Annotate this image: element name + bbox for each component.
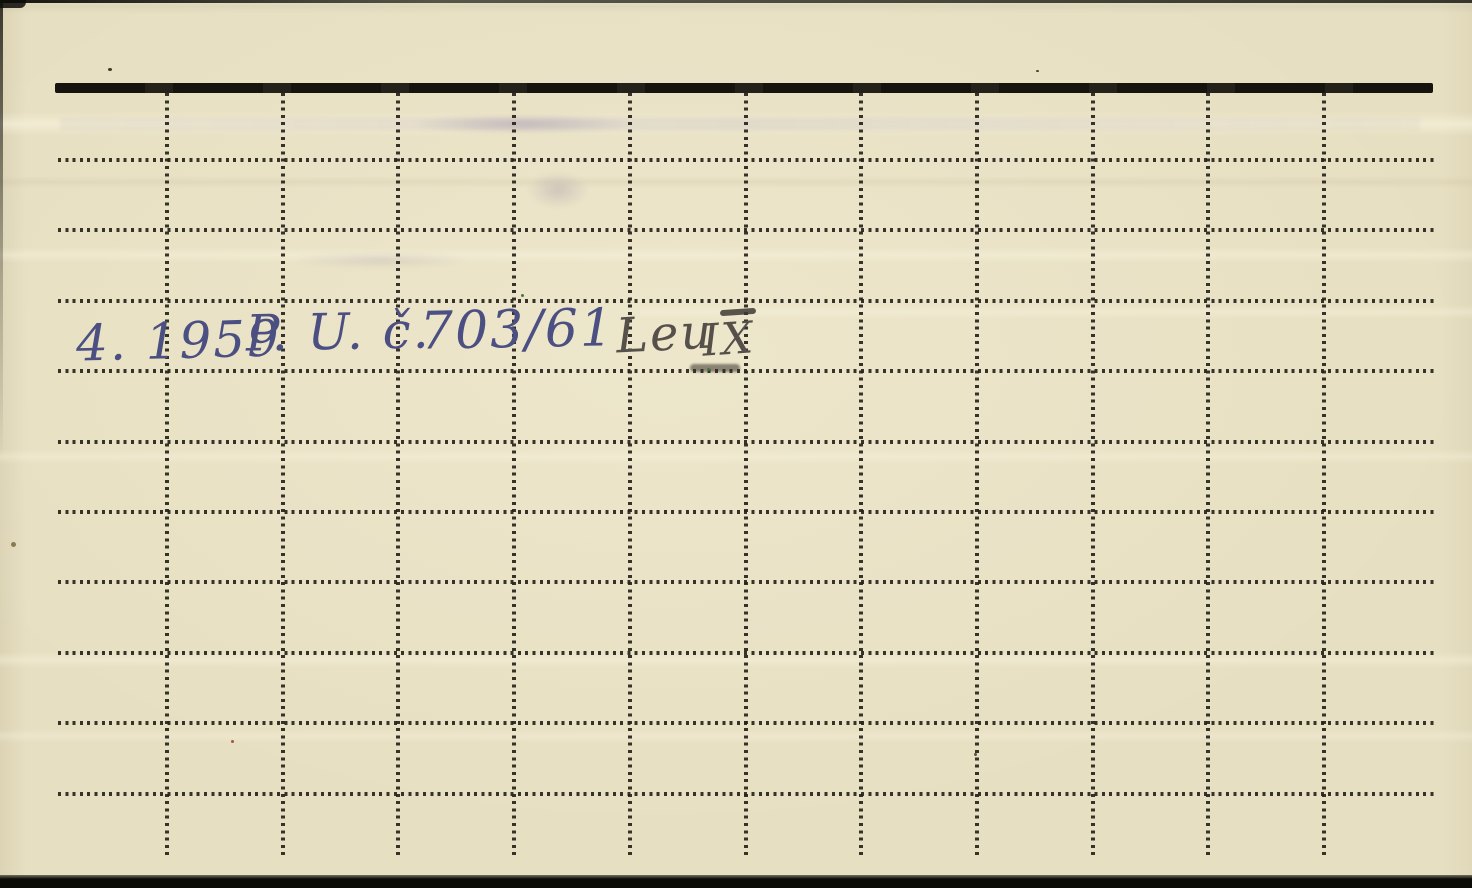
grid-vertical-line — [628, 93, 632, 858]
paper-speck — [108, 68, 112, 71]
grid-vertical-line — [1091, 93, 1095, 858]
top-rule-line — [55, 83, 1433, 93]
grid-vertical-line — [1206, 93, 1210, 858]
ink-bleed-ghost — [296, 252, 466, 268]
roman-numeral-overline — [720, 308, 756, 316]
grid-horizontal-line — [58, 510, 1437, 514]
grid-horizontal-line — [58, 792, 1437, 796]
paper-speck — [1036, 70, 1039, 72]
grid-horizontal-line — [58, 158, 1437, 162]
handwritten-abbreviation: P. U. č. — [246, 301, 432, 362]
paper-speck — [521, 294, 524, 297]
paper-speck — [11, 542, 16, 547]
paper-speck — [707, 368, 710, 371]
scan-streak — [640, 305, 1472, 319]
ink-bleed-ghost — [415, 115, 630, 133]
grid-horizontal-line — [58, 580, 1437, 584]
scan-streak — [0, 247, 1472, 263]
grid-vertical-line — [281, 93, 285, 858]
ink-bleed-ghost — [528, 172, 588, 208]
grid-vertical-line — [744, 93, 748, 858]
scan-streak — [0, 176, 1472, 188]
grid-horizontal-line — [58, 228, 1437, 232]
scan-corner-top-left — [0, 0, 26, 8]
grid-horizontal-line — [58, 651, 1437, 655]
scan-edge-top — [0, 0, 1472, 3]
grid-vertical-line — [396, 93, 400, 858]
handwritten-entry: 4. 1959 P. U. č. 703/61 Leu IX — [0, 0, 1472, 888]
grid-vertical-line — [1322, 93, 1326, 858]
paper-speck — [974, 753, 977, 756]
scan-edge-bottom — [0, 875, 1472, 888]
scan-streak — [0, 449, 1472, 464]
handwritten-file-number: 703/61 — [419, 298, 615, 361]
paper-speck — [231, 740, 234, 743]
grid-vertical-line — [859, 93, 863, 858]
index-card: 4. 1959 P. U. č. 703/61 Leu IX — [0, 0, 1472, 888]
handwritten-roman-numeral: IX — [700, 312, 756, 367]
grid-vertical-line — [975, 93, 979, 858]
grid-vertical-line — [165, 93, 169, 858]
scan-streak — [0, 112, 1472, 136]
handwritten-date: 4. 1959 — [75, 309, 281, 372]
grid-vertical-line — [512, 93, 516, 858]
grid-horizontal-line — [58, 369, 1437, 373]
scan-edge-left — [0, 0, 3, 460]
grid-horizontal-line — [58, 721, 1437, 725]
ink-bleed-ghost — [60, 118, 1420, 130]
grid-horizontal-line — [58, 299, 1437, 303]
grid-horizontal-line — [58, 440, 1437, 444]
scan-streak — [0, 729, 1472, 743]
